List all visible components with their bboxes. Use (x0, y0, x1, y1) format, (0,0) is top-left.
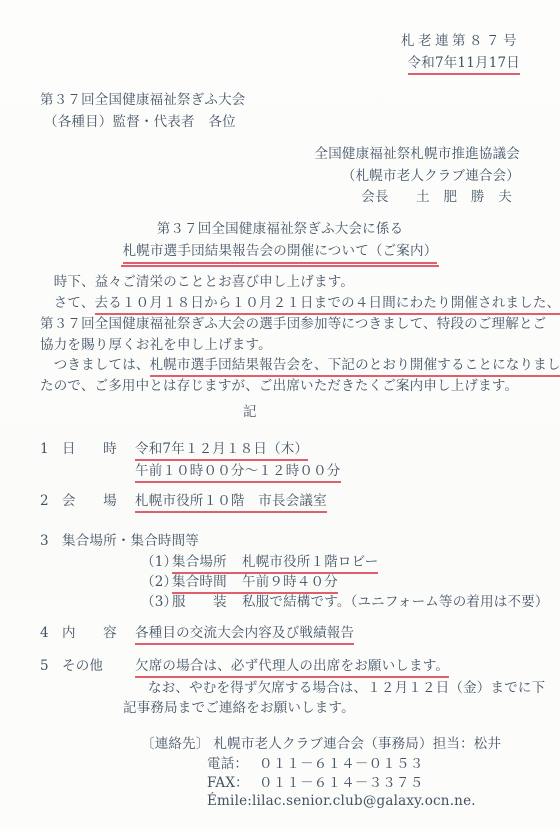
item-1-datetime: 1日 時令和7年１２月１８日（木） (40, 441, 308, 458)
item-3-sub-3: （3）服 装私服で結構です。（ユニフォーム等の着用は不要） (141, 594, 549, 611)
item-1-label: 日 時 (62, 441, 135, 458)
item-2-number: 2 (40, 493, 62, 510)
item-3-sub-1-number: （1） (141, 554, 172, 571)
para1-line-3: 協力を賜り厚くお礼を申し上げます。 (40, 337, 272, 354)
para2-lead: つきましては、 (40, 357, 150, 373)
contact-fax-label: FAX： (207, 775, 259, 792)
sender-sub-org: （札幌市老人クラブ連合会） (342, 168, 520, 185)
ref-number-text: 札老連第８７号 (401, 33, 520, 49)
sender-chairman: 会長 土 肥 勝 夫 (361, 189, 512, 206)
item-3-sub-2-label: 集合時間 (172, 574, 242, 591)
item-1-number: 1 (40, 441, 62, 458)
para2-underlined: 札幌市選手団結果報告会を、下記のとおり開催することになりまし (150, 357, 560, 377)
para1-line-1: さて、去る１０月１８日から１０月２１日までの４日間にわたり開催されました、 (40, 295, 560, 312)
item-3-label: 集合場所・集合時間等 (62, 533, 199, 549)
contact-bracket: 〔連絡先〕 (141, 736, 210, 752)
para1-lead: さて、 (40, 295, 95, 311)
item-1-date: 令和7年１２月１８日（木） (135, 441, 308, 461)
item-3-heading: 3集合場所・集合時間等 (40, 533, 199, 550)
para1-underlined: 去る１０月１８日から１０月２１日までの４日間にわたり開催されました、 (95, 295, 560, 315)
item-4-content-text: 各種目の交流大会内容及び戦績報告 (135, 625, 354, 645)
contact-tel-number: ０１１－６１４－０１５３ (259, 756, 423, 772)
item-3-sub-1-label: 集合場所 (172, 554, 242, 571)
ref-number: 札老連第８７号 (401, 33, 520, 50)
record-marker: 記 (243, 404, 257, 421)
item-3-sub-1: （1）集合場所札幌市役所１階ロビー (141, 554, 378, 571)
item-3-sub-3-number: （3） (141, 594, 172, 611)
sender-org: 全国健康福祉祭札幌市推進協議会 (315, 146, 521, 163)
recipient-line-1: 第３７回全国健康福祉祭ぎふ大会 (40, 92, 246, 109)
para2-line-1: つきましては、札幌市選手団結果報告会を、下記のとおり開催することになりまし (40, 357, 560, 374)
item-4-content: 4内 容各種目の交流大会内容及び戦績報告 (40, 625, 354, 642)
item-2-venue-text: 札幌市役所１０階 市長会議室 (135, 493, 327, 513)
item-5-other: 5その他欠席の場合は、必ず代理人の出席をお願いします。 (40, 658, 449, 675)
contact-tel: 電話：０１１－６１４－０１５３ (207, 756, 423, 773)
item-5-note-line-1: なお、やむを得ず欠席する場合は、１２月１２日（金）までに下 (148, 680, 545, 697)
item-3-sub-3-value: 私服で結構です。（ユニフォーム等の着用は不要） (242, 594, 549, 610)
item-4-label: 内 容 (62, 625, 135, 642)
item-5-note-line-2: 記事務局までご連絡をお願いします。 (123, 700, 355, 717)
para2-line-2: たので、ご多用中とは存じますが、ご出席いただきたくご案内申し上げます。 (40, 378, 518, 395)
contact-header: 〔連絡先〕札幌市老人クラブ連合会（事務局）担当：松井 (141, 736, 501, 753)
issue-date-text: 令和7年11月17日 (408, 55, 520, 75)
recipient-line-2: （各種目）監督・代表者 各位 (44, 114, 236, 131)
contact-fax-number: ０１１－６１４－３３７５ (259, 775, 423, 791)
item-1-time: 午前１０時００分～１２時００分 (135, 463, 341, 480)
scanned-letter-page: 札老連第８７号 令和7年11月17日 第３７回全国健康福祉祭ぎふ大会 （各種目）… (0, 0, 560, 829)
item-2-label: 会 場 (62, 493, 135, 510)
item-2-venue: 2会 場札幌市役所１０階 市長会議室 (40, 493, 327, 510)
item-3-number: 3 (40, 533, 62, 550)
contact-org: 札幌市老人クラブ連合会（事務局）担当：松井 (214, 736, 502, 752)
item-1-time-text: 午前１０時００分～１２時００分 (135, 463, 341, 483)
item-5-number: 5 (40, 658, 62, 675)
para1-line-2: 第３７回全国健康福祉祭ぎふ大会の選手団参加等につきまして、特段のご理解とご (40, 316, 546, 333)
issue-date: 令和7年11月17日 (408, 55, 520, 72)
doc-title-line-2: 札幌市選手団結果報告会の開催について（ご案内） (0, 243, 560, 264)
item-4-number: 4 (40, 625, 62, 642)
doc-title-line-2-text: 札幌市選手団結果報告会の開催について（ご案内） (123, 243, 438, 264)
greeting-line: 時下、益々ご清栄のこととお喜び申し上げます。 (40, 274, 354, 291)
contact-email: Émile:lilac.senior.club@galaxy.ocn.ne. (207, 793, 476, 810)
contact-tel-label: 電話： (207, 756, 259, 773)
item-3-sub-3-label: 服 装 (172, 594, 242, 611)
item-5-label: その他 (62, 658, 135, 675)
item-3-sub-1-value: 札幌市役所１階ロビー (242, 554, 378, 570)
item-3-sub-2: （2）集合時間午前９時４０分 (141, 574, 338, 591)
contact-fax: FAX：０１１－６１４－３３７５ (207, 775, 423, 792)
item-3-sub-2-number: （2） (141, 574, 172, 591)
doc-title-line-1: 第３７回全国健康福祉祭ぎふ大会に係る (0, 221, 560, 238)
item-3-sub-2-value: 午前９時４０分 (242, 574, 338, 590)
item-5-main-text: 欠席の場合は、必ず代理人の出席をお願いします。 (135, 658, 449, 678)
